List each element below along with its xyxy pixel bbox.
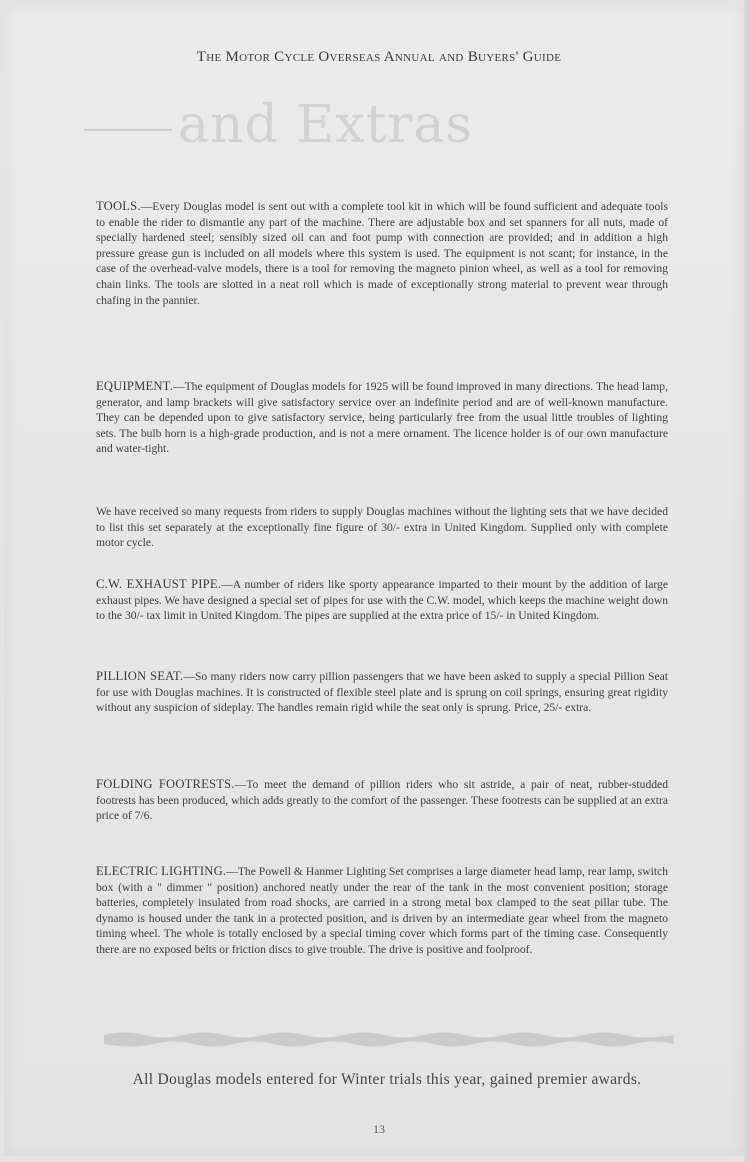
paragraph-heading: TOOLS. xyxy=(96,199,141,213)
paragraph-pillion-seat: PILLION SEAT.—So many riders now carry p… xyxy=(96,669,668,716)
page-number: 13 xyxy=(4,1122,750,1137)
paragraph-heading: PILLION SEAT. xyxy=(96,669,183,683)
paragraph-lighting-set-note: We have received so many requests from r… xyxy=(96,504,668,551)
paragraph-heading: EQUIPMENT. xyxy=(96,379,173,393)
paragraph-heading: ELECTRIC LIGHTING. xyxy=(96,864,226,878)
paragraph-electric-lighting: ELECTRIC LIGHTING.—The Powell & Hanmer L… xyxy=(96,864,668,958)
paragraph-heading: FOLDING FOOTRESTS. xyxy=(96,777,235,791)
section-title-text: and Extras xyxy=(178,95,473,155)
running-head: The Motor Cycle Overseas Annual and Buye… xyxy=(4,49,750,66)
document-page: The Motor Cycle Overseas Annual and Buye… xyxy=(4,4,744,1156)
paragraph-tools: TOOLS.—Every Douglas model is sent out w… xyxy=(96,199,668,308)
paragraph-folding-footrests: FOLDING FOOTRESTS.—To meet the demand of… xyxy=(96,777,668,824)
closing-note: All Douglas models entered for Winter tr… xyxy=(104,1071,670,1088)
paragraph-body: —Every Douglas model is sent out with a … xyxy=(96,200,668,307)
page-edge xyxy=(744,0,750,1162)
paragraph-body: We have received so many requests from r… xyxy=(96,505,668,549)
wavy-divider xyxy=(104,1027,674,1049)
paragraph-exhaust-pipe: C.W. EXHAUST PIPE.—A number of riders li… xyxy=(96,577,668,624)
paragraph-heading: C.W. EXHAUST PIPE. xyxy=(96,577,221,591)
paragraph-body: —The equipment of Douglas models for 192… xyxy=(96,380,668,455)
paragraph-body: —The Powell & Hanmer Lighting Set compri… xyxy=(96,865,668,956)
paragraph-equipment: EQUIPMENT.—The equipment of Douglas mode… xyxy=(96,379,668,457)
section-title: and Extras xyxy=(84,90,473,160)
title-dash-rule xyxy=(84,129,172,131)
